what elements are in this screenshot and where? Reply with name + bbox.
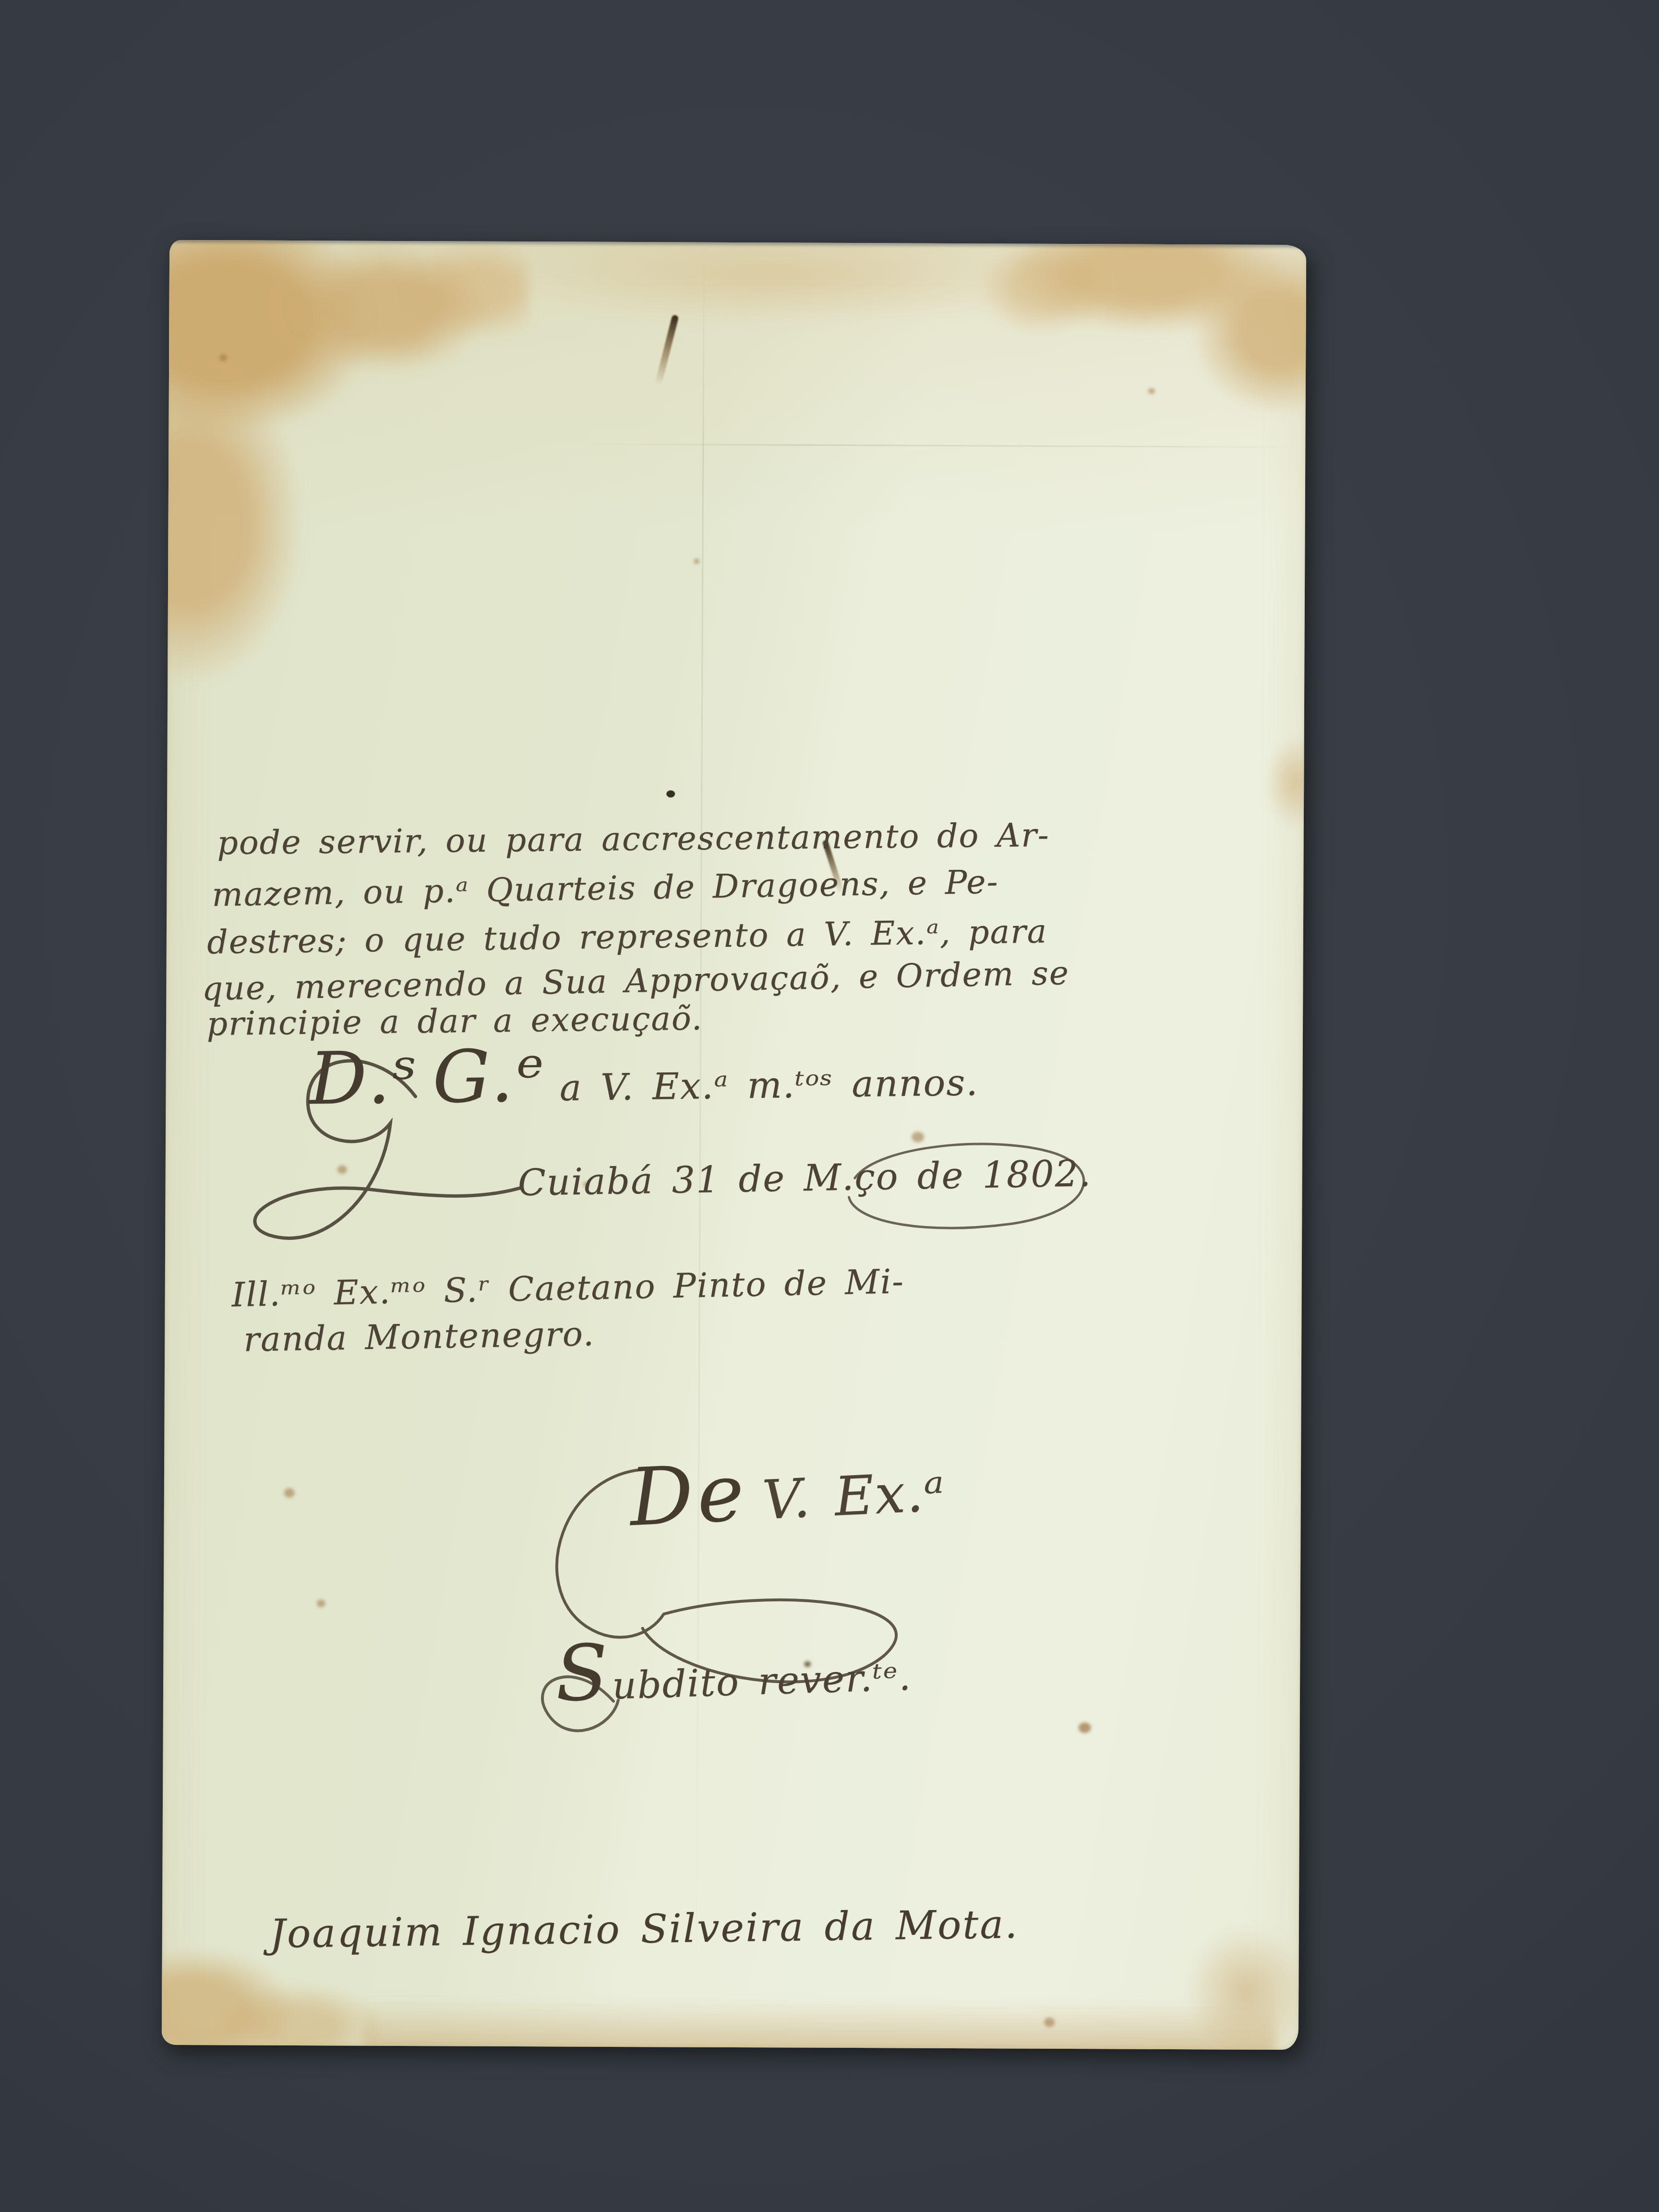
subscription-rest: ubdito rever.ᵗᵉ. xyxy=(612,1656,912,1708)
stain-top-edge xyxy=(476,240,1077,325)
foxing-spot xyxy=(1079,1722,1091,1733)
dateline: Cuiabá 31 de M.ço de 1802. xyxy=(517,1152,1092,1204)
valediction-rest: a V. Ex.ᵃ m.ᵗᵒˢ annos. xyxy=(559,1061,979,1109)
foxing-spot xyxy=(284,1488,295,1498)
addressee-line: randa Montenegro. xyxy=(243,1314,595,1359)
ink-dot xyxy=(666,790,675,797)
foxing-spot xyxy=(337,1165,347,1174)
closing-formula: De V. Ex.ᵃ xyxy=(627,1437,947,1544)
foxing-spot xyxy=(317,1599,325,1607)
manuscript-page: pode servir, ou para accrescentamento do… xyxy=(162,240,1306,2050)
valediction-line: D.ˢ G.ᵉ a V. Ex.ᵃ m.ᵗᵒˢ annos. xyxy=(309,1029,979,1121)
paper-top-edge-shadow xyxy=(173,240,1301,247)
foxing-spot xyxy=(694,559,699,564)
signature: Joaquim Ignacio Silveira da Mota. xyxy=(269,1901,1019,1957)
stain-top-right xyxy=(946,240,1306,505)
foxing-spot xyxy=(1044,2018,1055,2027)
vertical-fold-crease xyxy=(696,242,705,2047)
subscription-line: S ubdito rever.ᵗᵉ. xyxy=(554,1618,913,1719)
handwritten-line: destres; o que tudo represento a V. Ex.ᵃ… xyxy=(207,913,1048,962)
foxing-spot xyxy=(912,1132,924,1142)
pen-flourishes xyxy=(162,240,1306,2050)
foxing-spot xyxy=(219,354,227,361)
handwritten-line: pode servir, ou para accrescentamento do… xyxy=(217,817,1050,863)
ink-smudge xyxy=(655,314,679,386)
foxing-spot xyxy=(1148,388,1155,394)
stain-right-edge xyxy=(1264,734,1306,831)
valediction-deos: D.ˢ xyxy=(309,1036,421,1121)
stain-bottom-right xyxy=(1184,1924,1306,2050)
valediction-guarde: G.ᵉ xyxy=(432,1034,548,1119)
subscription-initial: S xyxy=(554,1627,610,1719)
horizontal-fold-crease xyxy=(581,444,1301,448)
stain-top-left xyxy=(162,240,530,736)
photo-background: pode servir, ou para accrescentamento do… xyxy=(0,0,1659,2212)
stain-bottom-edge xyxy=(363,1984,1276,2050)
addressee-line: Ill.ᵐᵒ Ex.ᵐᵒ S.ʳ Caetano Pinto de Mi- xyxy=(231,1262,905,1314)
handwritten-line: mazem, ou p.ᵃ Quarteis de Dragoens, e Pe… xyxy=(212,863,999,914)
closing-rest: V. Ex.ᵃ xyxy=(761,1461,947,1532)
closing-de: De xyxy=(627,1446,750,1544)
